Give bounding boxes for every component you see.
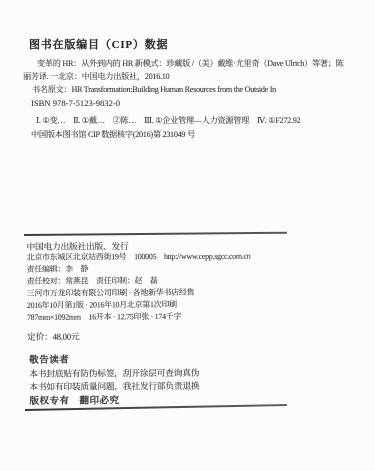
edition-info: 2016年10月第1版 · 2016年10月北京第1次印刷 <box>27 299 177 311</box>
cip-record-number: 中国版本图书馆 CIP 数据核字(2016)第 231049 号 <box>31 129 195 140</box>
cip-entry-line2: 丽芳译. 一北京：中国电力出版社，2016.10 <box>23 71 169 82</box>
proofreader-printer-staff: 责任校对：常燕昆 责任印制：赵 磊 <box>27 275 158 287</box>
responsible-editor: 责任编辑：李 静 <box>27 263 89 274</box>
copyright-statement: 版权专有 翻印必究 <box>29 392 119 407</box>
book-copyright-page: 图书在版编目（CIP）数据 变革的 HR：从外到内的 HR 新模式：珍藏版 /（… <box>0 0 375 471</box>
isbn: ISBN 978-7-5123-9832-0 <box>31 98 120 108</box>
notice-line-return: 本书如有印装质量问题，我社发行部负责退换 <box>29 379 199 393</box>
top-divider-rule <box>24 232 287 236</box>
notice-header: 敬告读者 <box>29 352 69 366</box>
printing-company: 三河市万龙印装有限公司印刷 · 各地新华书店经售 <box>27 287 195 299</box>
format-info: 787mm×1092mm 16开本 · 12.75印张 · 174千字 <box>27 311 181 323</box>
price: 定价：48.00元 <box>27 330 79 343</box>
cip-entry-line1: 变革的 HR：从外到内的 HR 新模式：珍藏版 /（美）戴维·尤里奇（Dave … <box>37 58 344 69</box>
cip-header: 图书在版编目（CIP）数据 <box>29 36 168 52</box>
original-title: 书名原文：HR Transformation:Building Human Re… <box>32 84 276 95</box>
cip-classification: Ⅰ. ①变… Ⅱ. ①戴… ②陈… Ⅲ. ①企业管理—人力资源管理 Ⅳ. ①F2… <box>36 115 300 126</box>
notice-line-antifake: 本书封底贴有防伪标签，刮开涂层可查询真伪 <box>29 366 199 380</box>
publisher-address: 北京市东城区北京站西街19号 100005 http://www.cepp.sg… <box>27 250 251 262</box>
